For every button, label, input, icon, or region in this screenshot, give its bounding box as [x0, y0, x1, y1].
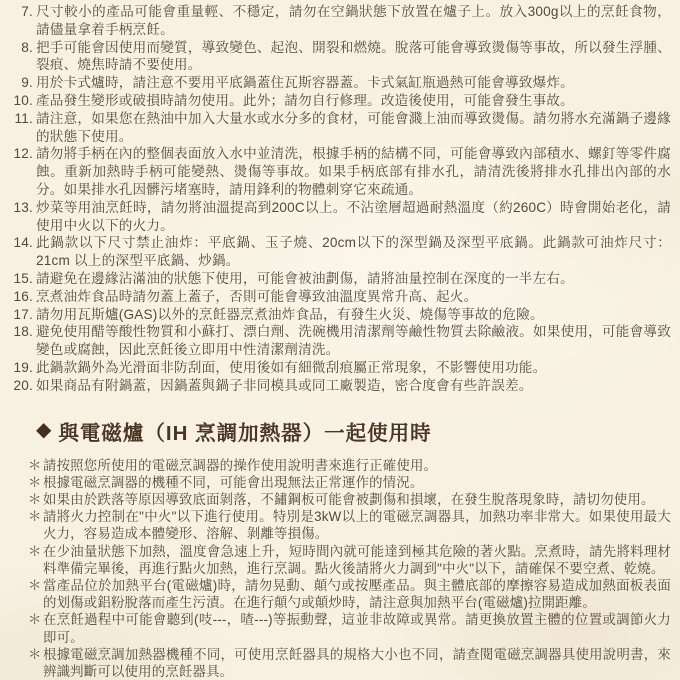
instruction-text: 尺寸較小的產品可能會重量輕、不穩定，請勿在空鍋狀態下放置在爐子上。放入300g以…	[36, 3, 671, 39]
asterisk-marker: ＊	[28, 577, 43, 611]
instruction-number: 12.	[8, 145, 36, 198]
ih-note-item: ＊根據電磁烹調加熱器機種不同，可使用烹飪器具的規格大小也不同，請查閱電磁烹調器具…	[28, 646, 671, 680]
instruction-text: 如果商品有附鍋蓋，因鍋蓋與鍋子非同模具或同工廠製造，密合度會有些許誤差。	[36, 377, 671, 395]
ih-usage-note-list: ＊請按照您所使用的電磁烹調器的操作使用說明書來進行正確使用。＊根據電磁烹調器的機…	[0, 457, 680, 680]
asterisk-marker: ＊	[28, 474, 43, 491]
instruction-number: 10.	[8, 92, 36, 110]
instruction-text: 把手可能會因使用而變質，導致變色、起泡、開裂和燃燒。脫落可能會導致燙傷等事故，所…	[36, 39, 671, 75]
section-title: 與電磁爐（IH 烹調加熱器）一起使用時	[58, 416, 431, 446]
instruction-item: 11.請注意，如果您在熱油中加入大量水或水分多的食材，可能會濺上油而導致燙傷。請…	[8, 110, 671, 146]
ih-note-text: 在烹飪過程中可能會聽到(吱---，喳---)等振動聲，這並非故障或異常。請更換放…	[43, 611, 671, 645]
instruction-item: 7.尺寸較小的產品可能會重量輕、不穩定，請勿在空鍋狀態下放置在爐子上。放入300…	[8, 3, 671, 39]
instruction-item: 8.把手可能會因使用而變質，導致變色、起泡、開裂和燃燒。脫落可能會導致燙傷等事故…	[8, 39, 671, 75]
instruction-item: 14.此鍋款以下尺寸禁止油炸：平底鍋、玉子燒、20cm以下的深型鍋及深型平底鍋。…	[8, 234, 671, 270]
instruction-text: 炒菜等用油烹飪時，請勿將油溫提高到200C以上。不沾塗層超過耐熱溫度（約260C…	[36, 199, 671, 235]
instruction-number: 19.	[8, 359, 36, 377]
instruction-number: 7.	[8, 3, 36, 39]
asterisk-marker: ＊	[28, 646, 43, 680]
ih-note-item: ＊在烹飪過程中可能會聽到(吱---，喳---)等振動聲，這並非故障或異常。請更換…	[28, 611, 671, 645]
instruction-text: 產品發生變形或破損時請勿使用。此外；請勿自行修理。改造後使用，可能會發生事故。	[36, 92, 671, 110]
section-header-ih: ◆ 與電磁爐（IH 烹調加熱器）一起使用時	[36, 416, 670, 446]
ih-note-item: ＊根據電磁烹調器的機種不同，可能會出現無法正常運作的情況。	[28, 474, 671, 491]
instruction-item: 17.請勿用瓦斯爐(GAS)以外的烹飪器烹煮油炸食品，有發生火災、燒傷等事故的危…	[8, 306, 671, 324]
instruction-number: 15.	[8, 270, 36, 288]
asterisk-marker: ＊	[28, 491, 43, 508]
instruction-text: 請注意，如果您在熱油中加入大量水或水分多的食材，可能會濺上油而導致燙傷。請勿將水…	[36, 110, 671, 146]
instruction-number: 17.	[8, 306, 36, 324]
ih-note-item: ＊如果由於跌落等原因導致底面剝落，不鏽鋼板可能會被劃傷和損壞，在發生脫落現象時，…	[28, 491, 671, 508]
instruction-number: 16.	[8, 288, 36, 306]
ih-note-text: 根據電磁烹調器的機種不同，可能會出現無法正常運作的情況。	[43, 474, 671, 491]
diamond-icon: ◆	[36, 420, 51, 440]
ih-note-item: ＊在少油量狀態下加熱，溫度會急速上升，短時間內就可能達到極其危險的著火點。烹煮時…	[28, 543, 671, 577]
instruction-text: 請勿用瓦斯爐(GAS)以外的烹飪器烹煮油炸食品，有發生火災、燒傷等事故的危險。	[36, 306, 671, 324]
instruction-page: 7.尺寸較小的產品可能會重量輕、不穩定，請勿在空鍋狀態下放置在爐子上。放入300…	[0, 0, 680, 680]
instruction-text: 請避免在邊緣沾滿油的狀態下使用，可能會被油劃傷，請將油量控制在深度的一半左右。	[36, 270, 671, 288]
instruction-text: 此鍋款鍋外為光滑面非防刮面，使用後如有細微刮痕屬正常現象，不影響使用功能。	[36, 359, 671, 377]
instruction-number: 9.	[8, 74, 36, 92]
instruction-text: 請勿將手柄在內的整個表面放入水中並清洗，根據手柄的結構不同，可能會導致內部積水、…	[36, 145, 671, 198]
ih-note-text: 根據電磁烹調加熱器機種不同，可使用烹飪器具的規格大小也不同，請查閱電磁烹調器具使…	[43, 646, 671, 680]
instruction-text: 用於卡式爐時，請注意不要用平底鍋蓋住瓦斯容器蓋。卡式氣缸瓶過熱可能會導致爆炸。	[36, 74, 671, 92]
instruction-number: 20.	[8, 377, 36, 395]
instruction-number: 8.	[8, 39, 36, 75]
instruction-number: 14.	[8, 234, 36, 270]
asterisk-marker: ＊	[28, 611, 43, 645]
instruction-item: 19.此鍋款鍋外為光滑面非防刮面，使用後如有細微刮痕屬正常現象，不影響使用功能。	[8, 359, 671, 377]
ih-note-text: 請將火力控制在"中火"以下進行使用。特別是3kW以上的電磁烹調器具，加熱功率非常…	[43, 508, 671, 542]
asterisk-marker: ＊	[28, 508, 43, 542]
instruction-item: 16.烹煮油炸食品時請勿蓋上蓋子，否則可能會導致油溫度異常升高、起火。	[8, 288, 671, 306]
ih-note-item: ＊當產品位於加熱平台(電磁爐)時，請勿晃動、顛勺或按壓產品。與主體底部的摩擦容易…	[28, 577, 671, 611]
ih-note-text: 當產品位於加熱平台(電磁爐)時，請勿晃動、顛勺或按壓產品。與主體底部的摩擦容易造…	[43, 577, 671, 611]
instruction-item: 10.產品發生變形或破損時請勿使用。此外；請勿自行修理。改造後使用，可能會發生事…	[8, 92, 671, 110]
instruction-item: 12.請勿將手柄在內的整個表面放入水中並清洗，根據手柄的結構不同，可能會導致內部…	[8, 145, 671, 198]
instruction-number: 11.	[8, 110, 36, 146]
instruction-item: 18.避免使用醋等酸性物質和小蘇打、漂白劑、洗碗機用清潔劑等鹼性物質去除鹼液。如…	[8, 323, 671, 359]
instruction-text: 避免使用醋等酸性物質和小蘇打、漂白劑、洗碗機用清潔劑等鹼性物質去除鹼液。如果使用…	[36, 323, 671, 359]
instruction-number: 18.	[8, 323, 36, 359]
instruction-text: 此鍋款以下尺寸禁止油炸：平底鍋、玉子燒、20cm以下的深型鍋及深型平底鍋。此鍋款…	[36, 234, 671, 270]
asterisk-marker: ＊	[28, 457, 43, 474]
asterisk-marker: ＊	[28, 543, 43, 577]
instruction-item: 15.請避免在邊緣沾滿油的狀態下使用，可能會被油劃傷，請將油量控制在深度的一半左…	[8, 270, 671, 288]
ih-note-text: 在少油量狀態下加熱，溫度會急速上升，短時間內就可能達到極其危險的著火點。烹煮時，…	[43, 543, 671, 577]
ih-note-item: ＊請將火力控制在"中火"以下進行使用。特別是3kW以上的電磁烹調器具，加熱功率非…	[28, 508, 671, 542]
instruction-text: 烹煮油炸食品時請勿蓋上蓋子，否則可能會導致油溫度異常升高、起火。	[36, 288, 671, 306]
instruction-item: 13.炒菜等用油烹飪時，請勿將油溫提高到200C以上。不沾塗層超過耐熱溫度（約2…	[8, 199, 671, 235]
ih-note-text: 請按照您所使用的電磁烹調器的操作使用說明書來進行正確使用。	[43, 457, 671, 474]
instruction-item: 20.如果商品有附鍋蓋，因鍋蓋與鍋子非同模具或同工廠製造，密合度會有些許誤差。	[8, 377, 671, 395]
ih-note-item: ＊請按照您所使用的電磁烹調器的操作使用說明書來進行正確使用。	[28, 457, 671, 474]
numbered-instruction-list: 7.尺寸較小的產品可能會重量輕、不穩定，請勿在空鍋狀態下放置在爐子上。放入300…	[0, 0, 680, 395]
instruction-item: 9.用於卡式爐時，請注意不要用平底鍋蓋住瓦斯容器蓋。卡式氣缸瓶過熱可能會導致爆炸…	[8, 74, 671, 92]
instruction-number: 13.	[8, 199, 36, 235]
ih-note-text: 如果由於跌落等原因導致底面剝落，不鏽鋼板可能會被劃傷和損壞，在發生脫落現象時，請…	[43, 491, 671, 508]
